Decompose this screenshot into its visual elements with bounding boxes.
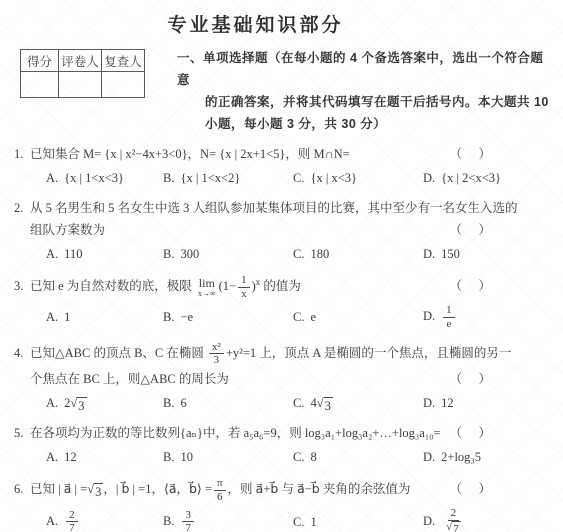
fraction: 1x xyxy=(238,274,250,300)
reviewer-value-cell xyxy=(102,72,145,98)
option-label: D. xyxy=(423,396,435,410)
option-label: C. xyxy=(293,515,304,529)
question-line: 4.已知△ABC 的顶点 B、C 在椭圆 x²3+y²=1 上，顶点 A 是椭圆… xyxy=(8,340,553,368)
fraction-denominator: 7 xyxy=(182,522,194,532)
option-label: B. xyxy=(163,310,174,324)
option-label: D. xyxy=(423,247,435,261)
text-run: 12 xyxy=(64,450,77,464)
sqrt-radical: √3 xyxy=(70,397,86,414)
answer-bracket: （ ） xyxy=(449,422,493,444)
text-run: {x | 1<x<3} xyxy=(64,171,124,185)
option-label: D. xyxy=(423,450,435,464)
option-label: C. xyxy=(293,171,304,185)
text-run: (1− xyxy=(219,279,236,293)
option-D: D.150 xyxy=(423,243,553,265)
text-run: 1 xyxy=(241,274,247,286)
radicand: 7 xyxy=(452,521,461,532)
option-label: B. xyxy=(163,396,174,410)
option-label: A. xyxy=(46,310,58,324)
fraction: x²3 xyxy=(209,341,224,367)
text-run: x² xyxy=(212,341,221,353)
question: 5.在各项均为正数的等比数列{aₙ}中，若 a₅a₆=9，则 log₃a₁+lo… xyxy=(8,422,553,468)
option-label: B. xyxy=(163,171,174,185)
options-row: A.{x | 1<x<3}B.{x | 1<x<2}C.{x | x<3}D.{… xyxy=(46,167,553,189)
fraction: π6 xyxy=(214,477,226,503)
fraction-numerator: 1 xyxy=(443,304,455,318)
option-label: C. xyxy=(293,396,304,410)
section-intro-line: 的正确答案，并将其代码填写在题干后括号内。本大题共 10 xyxy=(177,91,553,113)
option-C: C.180 xyxy=(293,243,423,265)
option-label: C. xyxy=(293,310,304,324)
questions-list: 1.已知集合 M= {x | x²−4x+3<0}，N= {x | 2x+1<5… xyxy=(8,143,553,532)
text-run: 3 xyxy=(214,354,220,366)
option-A: A.{x | 1<x<3} xyxy=(46,167,163,189)
option-B: B.300 xyxy=(163,243,293,265)
question-text: 已知△ABC 的顶点 B、C 在椭圆 x²3+y²=1 上，顶点 A 是椭圆的一… xyxy=(30,340,511,368)
score-table-header-reviewer: 复查人 xyxy=(102,50,145,72)
fraction-denominator: 3 xyxy=(211,354,223,367)
option-C: C.e xyxy=(293,306,423,328)
option-A: A.12 xyxy=(46,446,163,468)
text-run: 180 xyxy=(310,247,329,261)
fraction-numerator: π xyxy=(214,477,226,491)
text-run: 8 xyxy=(310,450,316,464)
fraction-numerator: 3 xyxy=(182,509,194,523)
option-D: D.2√7 xyxy=(423,506,553,532)
text-run: 3 xyxy=(185,509,191,521)
fraction: 37 xyxy=(182,509,194,532)
text-run: 6 xyxy=(217,491,223,503)
text-run: 组队方案数为 xyxy=(30,223,105,237)
limit-word: lim xyxy=(199,277,215,289)
radical-sign-icon: √ xyxy=(87,483,94,497)
text-run: 150 xyxy=(441,247,460,261)
options-row: A.1B.−eC.eD.1e xyxy=(46,303,553,331)
answer-bracket: （ ） xyxy=(449,143,493,165)
option-label: A. xyxy=(46,171,58,185)
text-run: −e xyxy=(180,310,193,324)
grader-value-cell xyxy=(59,72,102,98)
text-run: {x | x<3} xyxy=(310,171,357,185)
question-number: 3. xyxy=(8,275,30,297)
fraction-denominator: 6 xyxy=(214,491,226,504)
option-A: A.27 xyxy=(46,508,163,532)
option-A: A.1 xyxy=(46,306,163,328)
text-run: π xyxy=(217,477,223,489)
score-table-header-score: 得分 xyxy=(21,50,59,72)
sqrt-radical: √3 xyxy=(87,483,103,500)
question-line: 个焦点在 BC 上，则△ABC 的周长为（ ） xyxy=(8,368,553,390)
fraction-numerator: x² xyxy=(209,341,224,355)
options-row: A.12B.10C.8D.2+log₃5 xyxy=(46,446,553,468)
question-text: 组队方案数为 xyxy=(8,219,105,241)
option-C: C.{x | x<3} xyxy=(293,167,423,189)
text-run: 1 xyxy=(446,304,452,316)
text-run: 已知 | a⃗ | = xyxy=(30,482,87,496)
option-D: D.12 xyxy=(423,392,553,414)
option-label: C. xyxy=(293,450,304,464)
options-row: A.2√3B.6C.4√3D.12 xyxy=(46,392,553,414)
text-run: 7 xyxy=(185,522,191,532)
question-number: 5. xyxy=(8,422,30,444)
text-run: {x | 2<x<3} xyxy=(441,171,501,185)
question-line: 2.从 5 名男生和 5 名女生中选 3 人组队参加某集体项目的比赛，其中至少有… xyxy=(8,197,553,219)
question-line: 6.已知 | a⃗ | =√3，| b⃗ | =1，⟨a⃗，b⃗⟩ =π6，则 … xyxy=(8,476,553,504)
radical-sign-icon: √ xyxy=(70,397,77,411)
option-label: A. xyxy=(46,247,58,261)
question-line: 组队方案数为（ ） xyxy=(8,219,553,241)
option-label: C. xyxy=(293,247,304,261)
text-run: e xyxy=(310,310,316,324)
fraction: 27 xyxy=(66,509,78,532)
section-intro-line: 一、单项选择题（在每小题的 4 个备选答案中，选出一个符合题意 xyxy=(177,47,553,91)
option-B: B.6 xyxy=(163,392,293,414)
text-run: 2 xyxy=(451,507,457,519)
option-label: B. xyxy=(163,247,174,261)
question-text: 从 5 名男生和 5 名女生中选 3 人组队参加某集体项目的比赛，其中至少有一名… xyxy=(30,197,518,219)
text-run: {x | 1<x<2} xyxy=(180,171,240,185)
question: 1.已知集合 M= {x | x²−4x+3<0}，N= {x | 2x+1<5… xyxy=(8,143,553,189)
option-label: D. xyxy=(423,309,435,323)
question-text: 已知 | a⃗ | =√3，| b⃗ | =1，⟨a⃗，b⃗⟩ =π6，则 a⃗… xyxy=(30,476,410,504)
options-row: A.110B.300C.180D.150 xyxy=(46,243,553,265)
text-run: 从 5 名男生和 5 名女生中选 3 人组队参加某集体项目的比赛，其中至少有一名… xyxy=(30,201,518,215)
question-number: 1. xyxy=(8,143,30,165)
text-run: ，则 a⃗+b⃗ 与 a⃗−b⃗ 夹角的余弦值为 xyxy=(228,482,411,496)
radicand: 3 xyxy=(77,397,86,414)
fraction: 2√7 xyxy=(443,507,464,532)
option-C: C.8 xyxy=(293,446,423,468)
question-line: 1.已知集合 M= {x | x²−4x+3<0}，N= {x | 2x+1<5… xyxy=(8,143,553,165)
option-A: A.110 xyxy=(46,243,163,265)
text-run: +y²=1 上，顶点 A 是椭圆的一个焦点，且椭圆的另一 xyxy=(226,346,512,360)
option-label: B. xyxy=(163,514,174,528)
text-run: 已知 e 为自然对数的底，极限 xyxy=(30,279,195,293)
fraction: 1e xyxy=(443,304,455,330)
question-text: 已知 e 为自然对数的底，极限 limx→∞(1−1x)x 的值为 xyxy=(30,273,301,301)
radical-sign-icon: √ xyxy=(317,397,324,411)
fraction-denominator: √7 xyxy=(443,521,464,532)
fraction-denominator: x xyxy=(238,288,250,301)
radicand: 3 xyxy=(94,483,103,500)
fraction-numerator: 1 xyxy=(238,274,250,288)
option-B: B.10 xyxy=(163,446,293,468)
option-label: A. xyxy=(46,450,58,464)
text-run: 在各项均为正数的等比数列{aₙ}中，若 a₅a₆=9，则 log₃a₁+log₃… xyxy=(30,426,441,440)
answer-bracket: （ ） xyxy=(449,478,493,500)
question: 2.从 5 名男生和 5 名女生中选 3 人组队参加某集体项目的比赛，其中至少有… xyxy=(8,197,553,265)
option-label: D. xyxy=(423,514,435,528)
question-text: 在各项均为正数的等比数列{aₙ}中，若 a₅a₆=9，则 log₃a₁+log₃… xyxy=(30,422,441,444)
sqrt-radical: √7 xyxy=(446,521,461,532)
answer-bracket: （ ） xyxy=(449,368,493,390)
text-run: 6 xyxy=(180,396,186,410)
question-line: 5.在各项均为正数的等比数列{aₙ}中，若 a₅a₆=9，则 log₃a₁+lo… xyxy=(8,422,553,444)
text-run: 12 xyxy=(441,396,454,410)
option-B: B.{x | 1<x<2} xyxy=(163,167,293,189)
sqrt-radical: √3 xyxy=(317,397,333,414)
section-intro-line: 小题，每小题 3 分，共 30 分） xyxy=(177,113,553,135)
options-row: A.27B.37C.1D.2√7 xyxy=(46,506,553,532)
limit-operator: limx→∞ xyxy=(198,277,216,298)
text-run: 个焦点在 BC 上，则△ABC 的周长为 xyxy=(30,372,229,386)
radicand: 3 xyxy=(324,397,333,414)
option-label: D. xyxy=(423,171,435,185)
text-run: 已知集合 M= {x | x²−4x+3<0}，N= {x | 2x+1<5}，… xyxy=(30,147,350,161)
text-run: 的值为 xyxy=(260,279,301,293)
text-run: 2+log₃5 xyxy=(441,450,481,464)
score-table-header-grader: 评卷人 xyxy=(59,50,102,72)
option-label: A. xyxy=(46,396,58,410)
fraction-numerator: 2 xyxy=(448,507,460,521)
score-value-cell xyxy=(21,72,59,98)
section-intro: 一、单项选择题（在每小题的 4 个备选答案中，选出一个符合题意 的正确答案，并将… xyxy=(177,47,553,135)
text-run: 10 xyxy=(180,450,193,464)
option-label: A. xyxy=(46,514,58,528)
exam-page: 专业基础知识部分 得分 评卷人 复查人 一、单项选择题（在每小题的 4 个备选答… xyxy=(0,0,563,532)
score-table-header-row: 得分 评卷人 复查人 xyxy=(21,50,145,72)
score-table: 得分 评卷人 复查人 xyxy=(20,49,145,98)
answer-bracket: （ ） xyxy=(449,219,493,241)
fraction-denominator: e xyxy=(443,318,454,331)
question-line: 3.已知 e 为自然对数的底，极限 limx→∞(1−1x)x 的值为（ ） xyxy=(8,273,553,301)
option-D: D.{x | 2<x<3} xyxy=(423,167,553,189)
text-run: 1 xyxy=(64,310,70,324)
page-title: 专业基础知识部分 xyxy=(8,10,503,37)
option-label: B. xyxy=(163,450,174,464)
question: 6.已知 | a⃗ | =√3，| b⃗ | =1，⟨a⃗，b⃗⟩ =π6，则 … xyxy=(8,476,553,532)
fraction-numerator: 2 xyxy=(66,509,78,523)
text-run: ，| b⃗ | =1，⟨a⃗，b⃗⟩ = xyxy=(103,482,212,496)
question-text: 已知集合 M= {x | x²−4x+3<0}，N= {x | 2x+1<5}，… xyxy=(30,143,350,165)
option-A: A.2√3 xyxy=(46,392,163,414)
text-run: 2 xyxy=(69,509,75,521)
option-D: D.2+log₃5 xyxy=(423,446,553,468)
text-run: 300 xyxy=(180,247,199,261)
option-B: B.37 xyxy=(163,508,293,532)
text-run: e xyxy=(446,318,451,330)
header-row: 得分 评卷人 复查人 一、单项选择题（在每小题的 4 个备选答案中，选出一个符合… xyxy=(8,47,553,135)
option-C: C.4√3 xyxy=(293,392,423,414)
text-run: 1 xyxy=(310,515,316,529)
question: 4.已知△ABC 的顶点 B、C 在椭圆 x²3+y²=1 上，顶点 A 是椭圆… xyxy=(8,340,553,415)
question-number: 2. xyxy=(8,197,30,219)
answer-bracket: （ ） xyxy=(449,275,493,297)
option-B: B.−e xyxy=(163,306,293,328)
question-text: 个焦点在 BC 上，则△ABC 的周长为 xyxy=(8,368,229,390)
text-run: 7 xyxy=(69,522,75,532)
question-number: 4. xyxy=(8,342,30,364)
fraction-denominator: 7 xyxy=(66,522,78,532)
text-run: 110 xyxy=(64,247,82,261)
limit-subscript: x→∞ xyxy=(198,290,216,298)
option-C: C.1 xyxy=(293,511,423,532)
question-number: 6. xyxy=(8,478,30,500)
option-D: D.1e xyxy=(423,303,553,331)
text-run: x xyxy=(241,288,247,300)
score-table-value-row xyxy=(21,72,145,98)
text-run: 已知△ABC 的顶点 B、C 在椭圆 xyxy=(30,346,207,360)
question: 3.已知 e 为自然对数的底，极限 limx→∞(1−1x)x 的值为（ ）A.… xyxy=(8,273,553,332)
